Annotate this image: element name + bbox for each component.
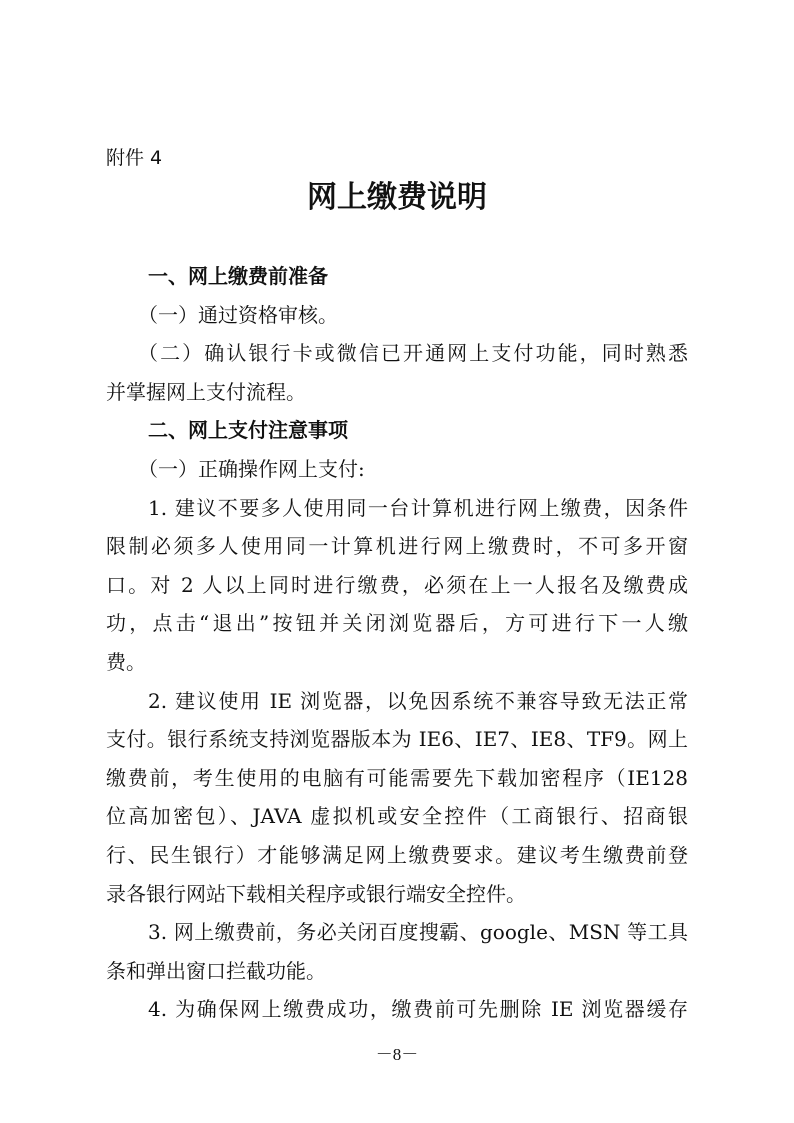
paragraph-line: 条和弹出窗口拦截功能。 bbox=[106, 952, 688, 991]
paragraph-line: （一）正确操作网上支付: bbox=[106, 450, 688, 489]
paragraph-line: 口。对 2 人以上同时进行缴费，必须在上一人报名及缴费成 bbox=[106, 566, 688, 605]
paragraph-line: 并掌握网上支付流程。 bbox=[106, 373, 688, 412]
paragraph-line: 4. 为确保网上缴费成功，缴费前可先删除 IE 浏览器缓存 bbox=[106, 990, 688, 1029]
paragraph-line: 功，点击“退出”按钮并关闭浏览器后，方可进行下一人缴 bbox=[106, 604, 688, 643]
section-heading-1: 一、网上缴费前准备 bbox=[106, 257, 688, 296]
attachment-label: 附件 4 bbox=[106, 146, 162, 170]
paragraph-line: 支付。银行系统支持浏览器版本为 IE6、IE7、IE8、TF9。网上 bbox=[106, 720, 688, 759]
paragraph-line: 行、民生银行）才能够满足网上缴费要求。建议考生缴费前登 bbox=[106, 836, 688, 875]
paragraph-line: 3. 网上缴费前，务必关闭百度搜霸、google、MSN 等工具 bbox=[106, 913, 688, 952]
page-number: －8－ bbox=[0, 1040, 794, 1065]
paragraph-line: 缴费前，考生使用的电脑有可能需要先下载加密程序（IE128 bbox=[106, 759, 688, 798]
paragraph-line: 录各银行网站下载相关程序或银行端安全控件。 bbox=[106, 875, 688, 914]
document-body: 一、网上缴费前准备 （一）通过资格审核。 （二）确认银行卡或微信已开通网上支付功… bbox=[106, 257, 688, 1029]
document-title: 网上缴费说明 bbox=[0, 178, 794, 218]
document-page: 附件 4 网上缴费说明 一、网上缴费前准备 （一）通过资格审核。 （二）确认银行… bbox=[0, 0, 794, 1123]
paragraph-line: （一）通过资格审核。 bbox=[106, 296, 688, 335]
paragraph-line: 1. 建议不要多人使用同一台计算机进行网上缴费，因条件 bbox=[106, 489, 688, 528]
section-heading-2: 二、网上支付注意事项 bbox=[106, 411, 688, 450]
paragraph-line: （二）确认银行卡或微信已开通网上支付功能，同时熟悉 bbox=[106, 334, 688, 373]
paragraph-line: 费。 bbox=[106, 643, 688, 682]
paragraph-line: 2. 建议使用 IE 浏览器，以免因系统不兼容导致无法正常 bbox=[106, 682, 688, 721]
paragraph-line: 限制必须多人使用同一计算机进行网上缴费时，不可多开窗 bbox=[106, 527, 688, 566]
paragraph-line: 位高加密包）、JAVA 虚拟机或安全控件（工商银行、招商银 bbox=[106, 797, 688, 836]
